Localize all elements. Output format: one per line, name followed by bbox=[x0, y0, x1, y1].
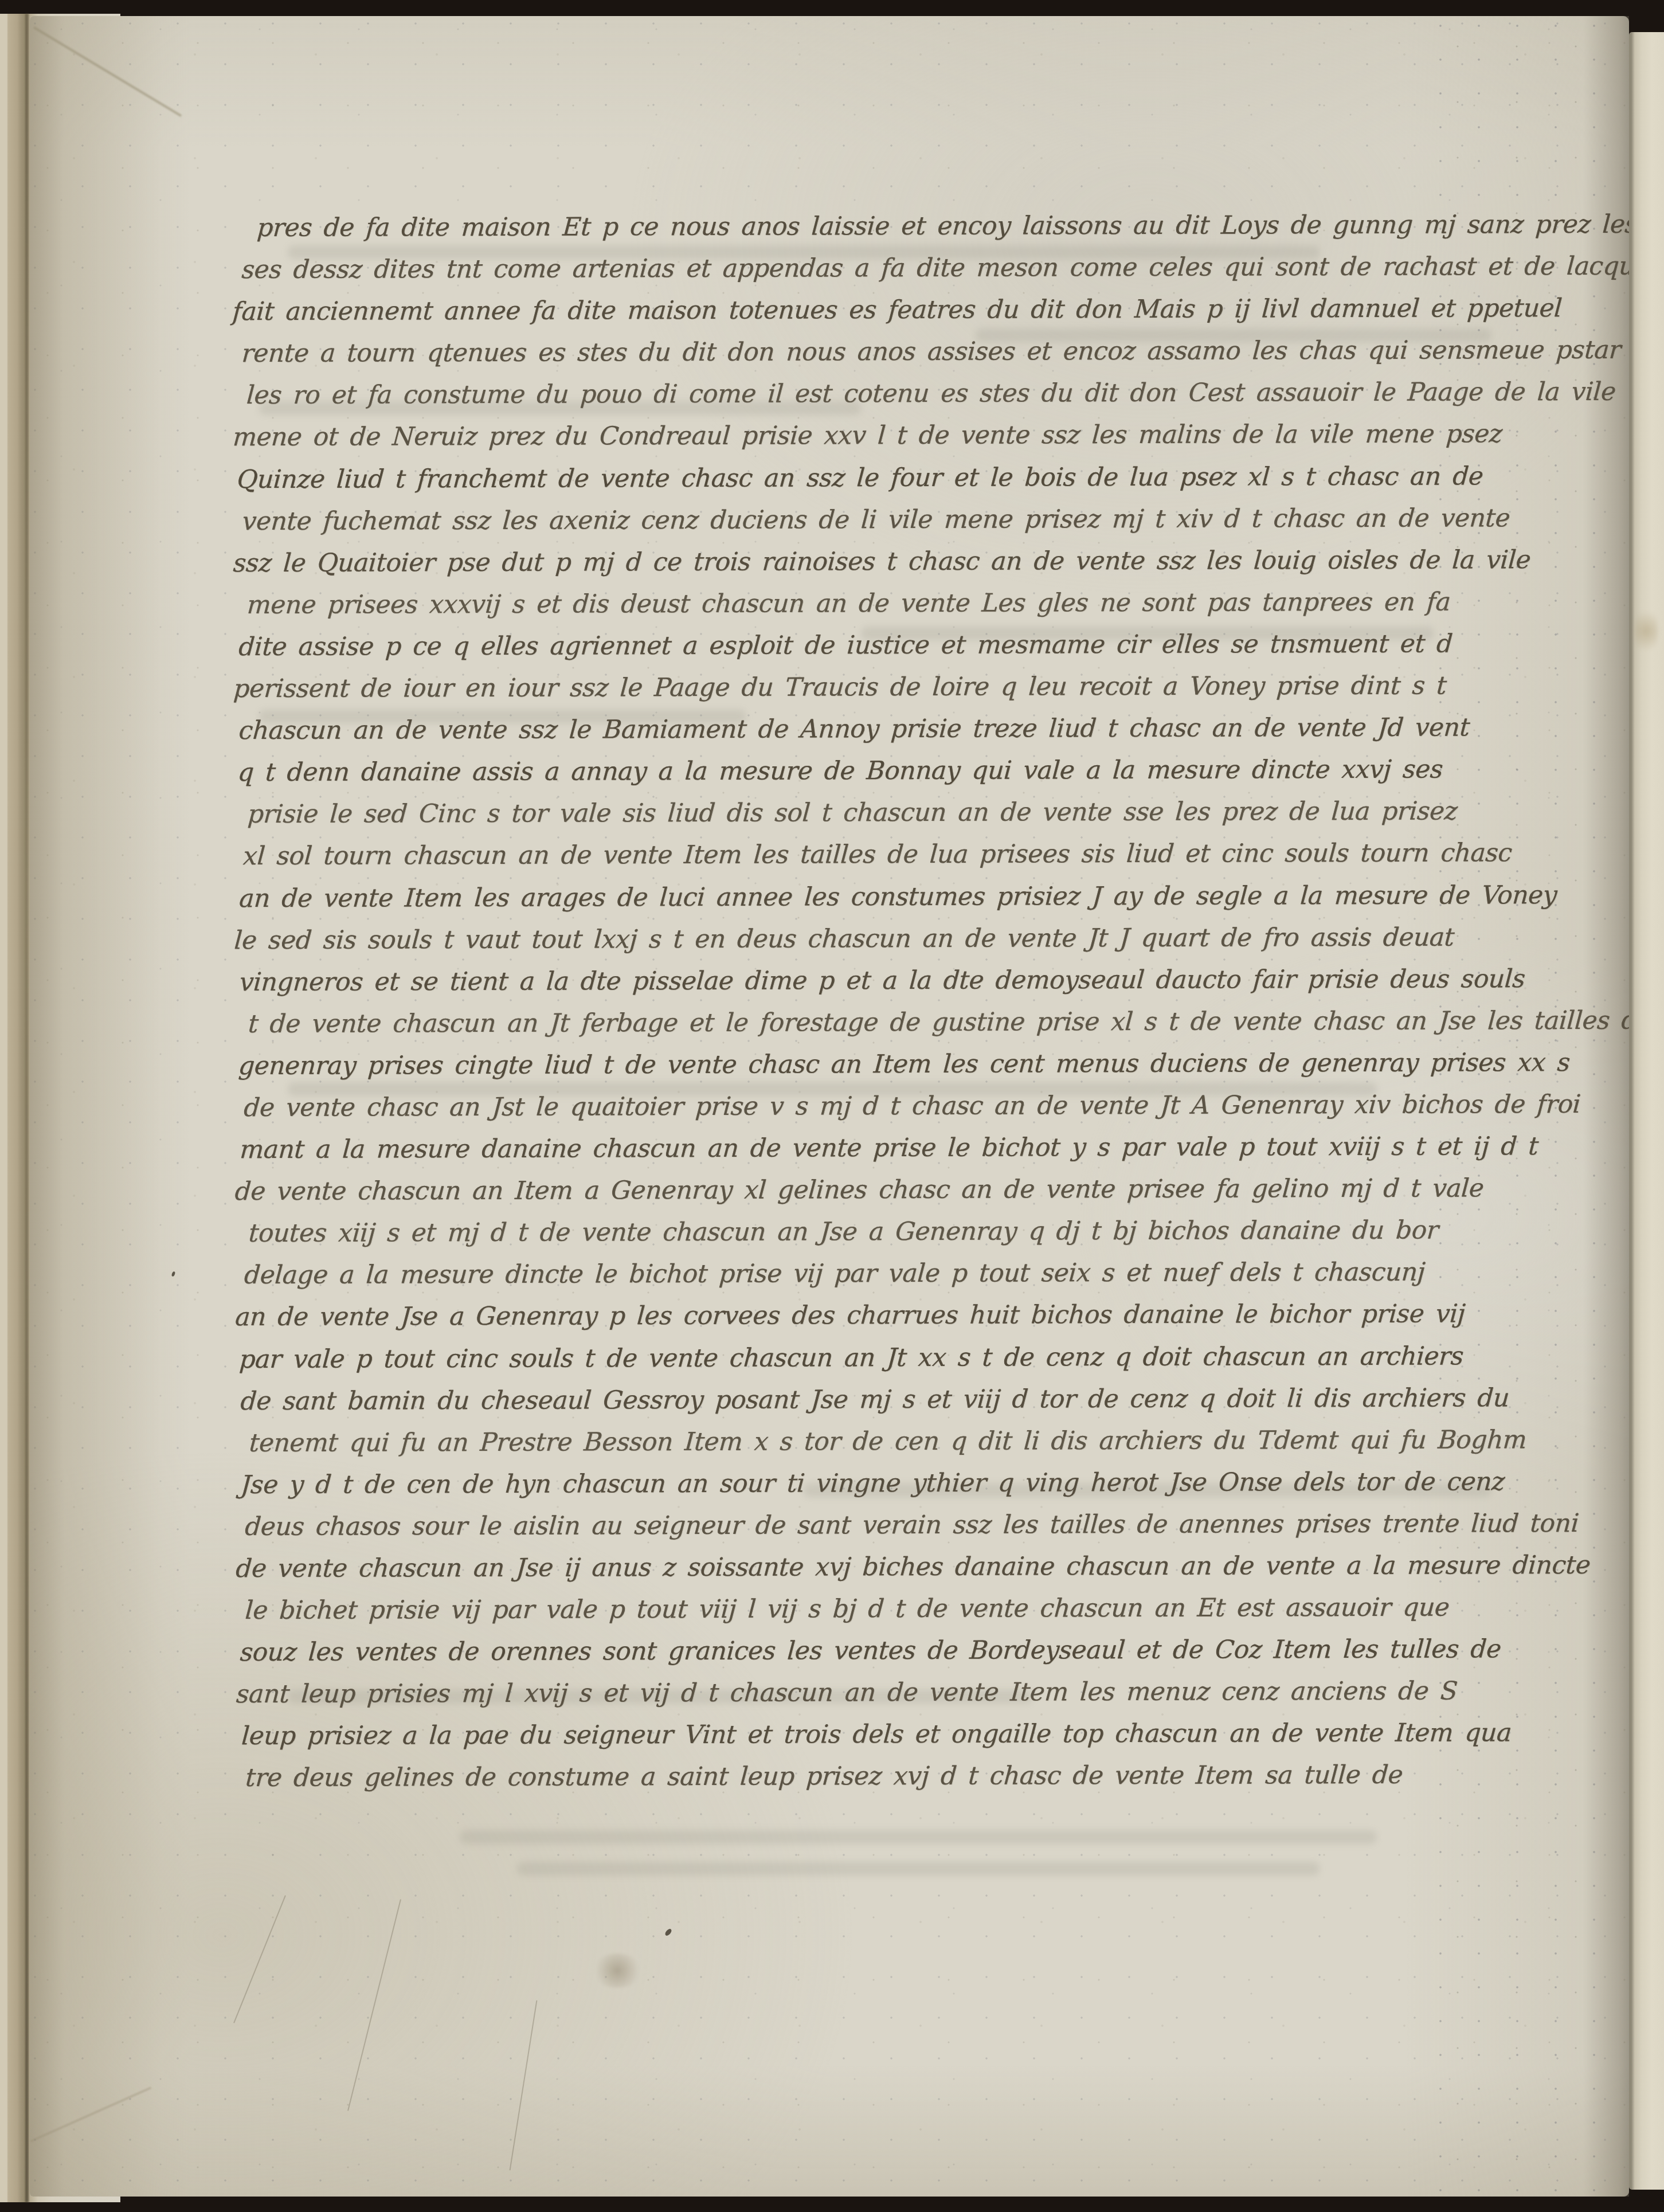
manuscript-line: genenray prises cingte liud t de vente c… bbox=[237, 1042, 1617, 1087]
manuscript-text-block: pres de fa dite maison Et p ce nous anos… bbox=[237, 203, 1617, 1799]
manuscript-line: souz les ventes de orennes sont granices… bbox=[239, 1628, 1619, 1673]
manuscript-line: delage a la mesure dincte le bichot pris… bbox=[243, 1251, 1618, 1296]
facing-page-stain bbox=[1635, 605, 1658, 657]
manuscript-line: q t denn danaine assis a annay a la mesu… bbox=[236, 748, 1616, 793]
manuscript-line: deus chasos sour le aislin au seigneur d… bbox=[244, 1502, 1618, 1548]
manuscript-line: mene ot de Neruiz prez du Condreaul pris… bbox=[232, 413, 1615, 458]
manuscript-line: les ro et fa constume du pouo di come il… bbox=[245, 371, 1615, 416]
manuscript-line: fait anciennemt annee fa dite maison tot… bbox=[231, 287, 1615, 332]
manuscript-line: t de vente chascun an Jt ferbage et le f… bbox=[247, 1000, 1617, 1045]
manuscript-line: vingneros et se tient a la dte pisselae … bbox=[238, 958, 1616, 1003]
manuscript-line: Quinze liud t franchemt de vente chasc a… bbox=[236, 455, 1615, 500]
manuscript-line: de vente chascun an Item a Genenray xl g… bbox=[233, 1167, 1617, 1212]
manuscript-line: Jse y d t de cen de hyn chascun an sour … bbox=[240, 1461, 1618, 1506]
manuscript-line: rente a tourn qtenues es stes du dit don… bbox=[241, 329, 1615, 374]
manuscript-line: leup prisiez a la pae du seigneur Vint e… bbox=[240, 1712, 1619, 1757]
manuscript-line: mant a la mesure danaine chascun an de v… bbox=[238, 1125, 1617, 1170]
parchment-stain bbox=[592, 1953, 643, 1988]
facing-page-edge bbox=[1629, 32, 1664, 2190]
showthrough-smudge bbox=[460, 1830, 1377, 1844]
manuscript-line: par vale p tout cinc souls t de vente ch… bbox=[238, 1334, 1618, 1380]
gutter-crease-line bbox=[25, 14, 29, 2202]
manuscript-line: le bichet prisie vij par vale p tout vii… bbox=[244, 1586, 1618, 1631]
manuscript-line: pres de fa dite maison Et p ce nous anos… bbox=[256, 203, 1615, 249]
manuscript-line: de sant bamin du cheseaul Gessroy posant… bbox=[239, 1376, 1618, 1422]
manuscript-photo: pres de fa dite maison Et p ce nous anos… bbox=[0, 0, 1664, 2212]
manuscript-line: an de vente Jse a Genenray p les corvees… bbox=[234, 1293, 1618, 1338]
manuscript-line: xl sol tourn chascun an de vente Item le… bbox=[242, 832, 1616, 877]
manuscript-line: toutes xiij s et mj d t de vente chascun… bbox=[248, 1209, 1618, 1254]
manuscript-line: ses dessz dites tnt come artenias et app… bbox=[240, 245, 1615, 291]
manuscript-line: mene prisees xxxvij s et dis deust chasc… bbox=[246, 581, 1616, 626]
manuscript-line: chascun an de vente ssz le Bamiament de … bbox=[237, 706, 1616, 751]
manuscript-line: tre deus gelines de constume a saint leu… bbox=[244, 1753, 1619, 1799]
manuscript-line: dite assise p ce q elles agriennet a esp… bbox=[237, 623, 1616, 668]
manuscript-line: tenemt qui fu an Prestre Besson Item x s… bbox=[248, 1419, 1618, 1464]
manuscript-line: ssz le Quaitoier pse dut p mj d ce trois… bbox=[232, 539, 1616, 584]
manuscript-line: le sed sis souls t vaut tout lxxj s t en… bbox=[233, 915, 1616, 961]
gutter-shadow bbox=[30, 16, 162, 2197]
manuscript-line: sant leup prisies mj l xvij s et vij d t… bbox=[235, 1670, 1619, 1715]
manuscript-line: perissent de iour en iour ssz le Paage d… bbox=[232, 664, 1616, 710]
manuscript-line: de vente chascun an Jse ij anus z soissa… bbox=[234, 1544, 1618, 1589]
showthrough-smudge bbox=[517, 1862, 1320, 1876]
manuscript-line: vente fuchemat ssz les axeniz cenz ducie… bbox=[241, 497, 1615, 542]
manuscript-line: an de vente Item les arages de luci anne… bbox=[238, 874, 1616, 919]
manuscript-line: de vente chasc an Jst le quaitoier prise… bbox=[242, 1083, 1617, 1129]
manuscript-line: prisie le sed Cinc s tor vale sis liud d… bbox=[246, 790, 1616, 835]
